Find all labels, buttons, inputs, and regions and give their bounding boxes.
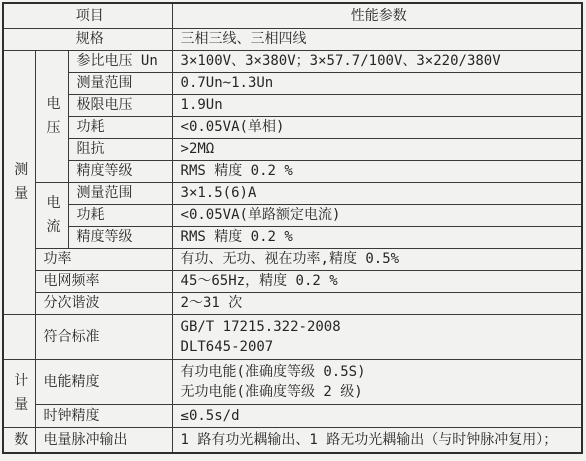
group-label-voltage: 电压	[35, 50, 68, 182]
table-row-clock: 时钟精度 ≤0.5s/d	[3, 404, 582, 427]
row-value: 1 路有功光耦输出、1 路无功光耦输出（与时钟脉冲复用）；	[172, 427, 582, 453]
table-row-spec: 规格 三相三线、三相四线	[3, 28, 582, 50]
group-label-metering: 计量	[3, 359, 35, 427]
row-value: 三相三线、三相四线	[172, 28, 582, 50]
row-label: 功率	[35, 248, 172, 270]
row-value: <0.05VA(单相)	[172, 116, 582, 138]
row-value: RMS 精度 0.2 %	[172, 226, 582, 248]
table-row-energy: 计量 电能精度 有功电能(准确度等级 0.5S) 无功电能(准确度等级 2 级)	[3, 359, 582, 404]
table-row: 分次谐波 2～31 次	[3, 292, 582, 314]
row-value: >2MΩ	[172, 138, 582, 160]
table-row-standards: 符合标准 GB/T 17215.322-2008 DLT645-2007	[3, 314, 582, 359]
row-label: 功耗	[68, 204, 172, 226]
row-value: 2～31 次	[172, 292, 582, 314]
group-label-measure: 测量	[3, 50, 35, 314]
energy-line-2: 无功电能(准确度等级 2 级)	[181, 382, 577, 402]
group-label-current-text: 电流	[47, 191, 61, 239]
header-item-cell: 项目	[3, 3, 172, 28]
document-page: 项目 性能参数 规格 三相三线、三相四线 测量 电压 参比电压 Un 3×100…	[0, 0, 586, 461]
row-value: 3×1.5(6)A	[172, 182, 582, 204]
table-row: 电网频率 45～65Hz，精度 0.2 %	[3, 270, 582, 292]
group-label-measure-text: 测量	[14, 158, 28, 206]
row-label: 符合标准	[35, 314, 172, 359]
row-value: 1.9Un	[172, 94, 582, 116]
table-row: 精度等级 RMS 精度 0.2 %	[3, 160, 582, 182]
empty-group-cell	[3, 314, 35, 359]
row-value: 0.7Un~1.3Un	[172, 72, 582, 94]
table-row: 功率 有功、无功、视在功率,精度 0.5%	[3, 248, 582, 270]
row-label: 极限电压	[68, 94, 172, 116]
header-params-cell: 性能参数	[172, 3, 582, 28]
row-label: 规格	[3, 28, 172, 50]
group-label-digital-text: 数	[14, 428, 28, 452]
spec-table: 项目 性能参数 规格 三相三线、三相四线 测量 电压 参比电压 Un 3×100…	[2, 2, 583, 454]
table-row: 精度等级 RMS 精度 0.2 %	[3, 226, 582, 248]
table-row: 极限电压 1.9Un	[3, 94, 582, 116]
row-value: ≤0.5s/d	[172, 404, 582, 427]
row-label: 电能精度	[35, 359, 172, 404]
row-value: GB/T 17215.322-2008 DLT645-2007	[172, 314, 582, 359]
standards-line-2: DLT645-2007	[181, 337, 577, 357]
row-value: 有功电能(准确度等级 0.5S) 无功电能(准确度等级 2 级)	[172, 359, 582, 404]
row-label: 精度等级	[68, 160, 172, 182]
table-row-pulse: 数 电量脉冲输出 1 路有功光耦输出、1 路无功光耦输出（与时钟脉冲复用）；	[3, 427, 582, 453]
group-label-digital: 数	[3, 427, 35, 453]
row-value: <0.05VA(单路额定电流)	[172, 204, 582, 226]
row-label: 测量范围	[68, 182, 172, 204]
group-label-voltage-text: 电压	[47, 92, 61, 140]
row-label: 测量范围	[68, 72, 172, 94]
table-row: 电流 测量范围 3×1.5(6)A	[3, 182, 582, 204]
group-label-metering-text: 计量	[14, 369, 28, 417]
energy-line-1: 有功电能(准确度等级 0.5S)	[181, 362, 577, 382]
table-header-row: 项目 性能参数	[3, 3, 582, 28]
row-label: 电量脉冲输出	[35, 427, 172, 453]
row-value: 有功、无功、视在功率,精度 0.5%	[172, 248, 582, 270]
row-label: 功耗	[68, 116, 172, 138]
row-label: 电网频率	[35, 270, 172, 292]
row-value: 45～65Hz，精度 0.2 %	[172, 270, 582, 292]
table-row: 功耗 <0.05VA(单相)	[3, 116, 582, 138]
table-row: 测量范围 0.7Un~1.3Un	[3, 72, 582, 94]
row-value: RMS 精度 0.2 %	[172, 160, 582, 182]
row-label: 参比电压 Un	[68, 50, 172, 72]
row-label: 时钟精度	[35, 404, 172, 427]
row-label: 阻抗	[68, 138, 172, 160]
row-value: 3×100V、3×380V；3×57.7/100V、3×220/380V	[172, 50, 582, 72]
standards-line-1: GB/T 17215.322-2008	[181, 317, 577, 337]
table-row: 阻抗 >2MΩ	[3, 138, 582, 160]
row-label: 精度等级	[68, 226, 172, 248]
row-label: 分次谐波	[35, 292, 172, 314]
group-label-current: 电流	[35, 182, 68, 248]
table-row: 功耗 <0.05VA(单路额定电流)	[3, 204, 582, 226]
table-row: 测量 电压 参比电压 Un 3×100V、3×380V；3×57.7/100V、…	[3, 50, 582, 72]
